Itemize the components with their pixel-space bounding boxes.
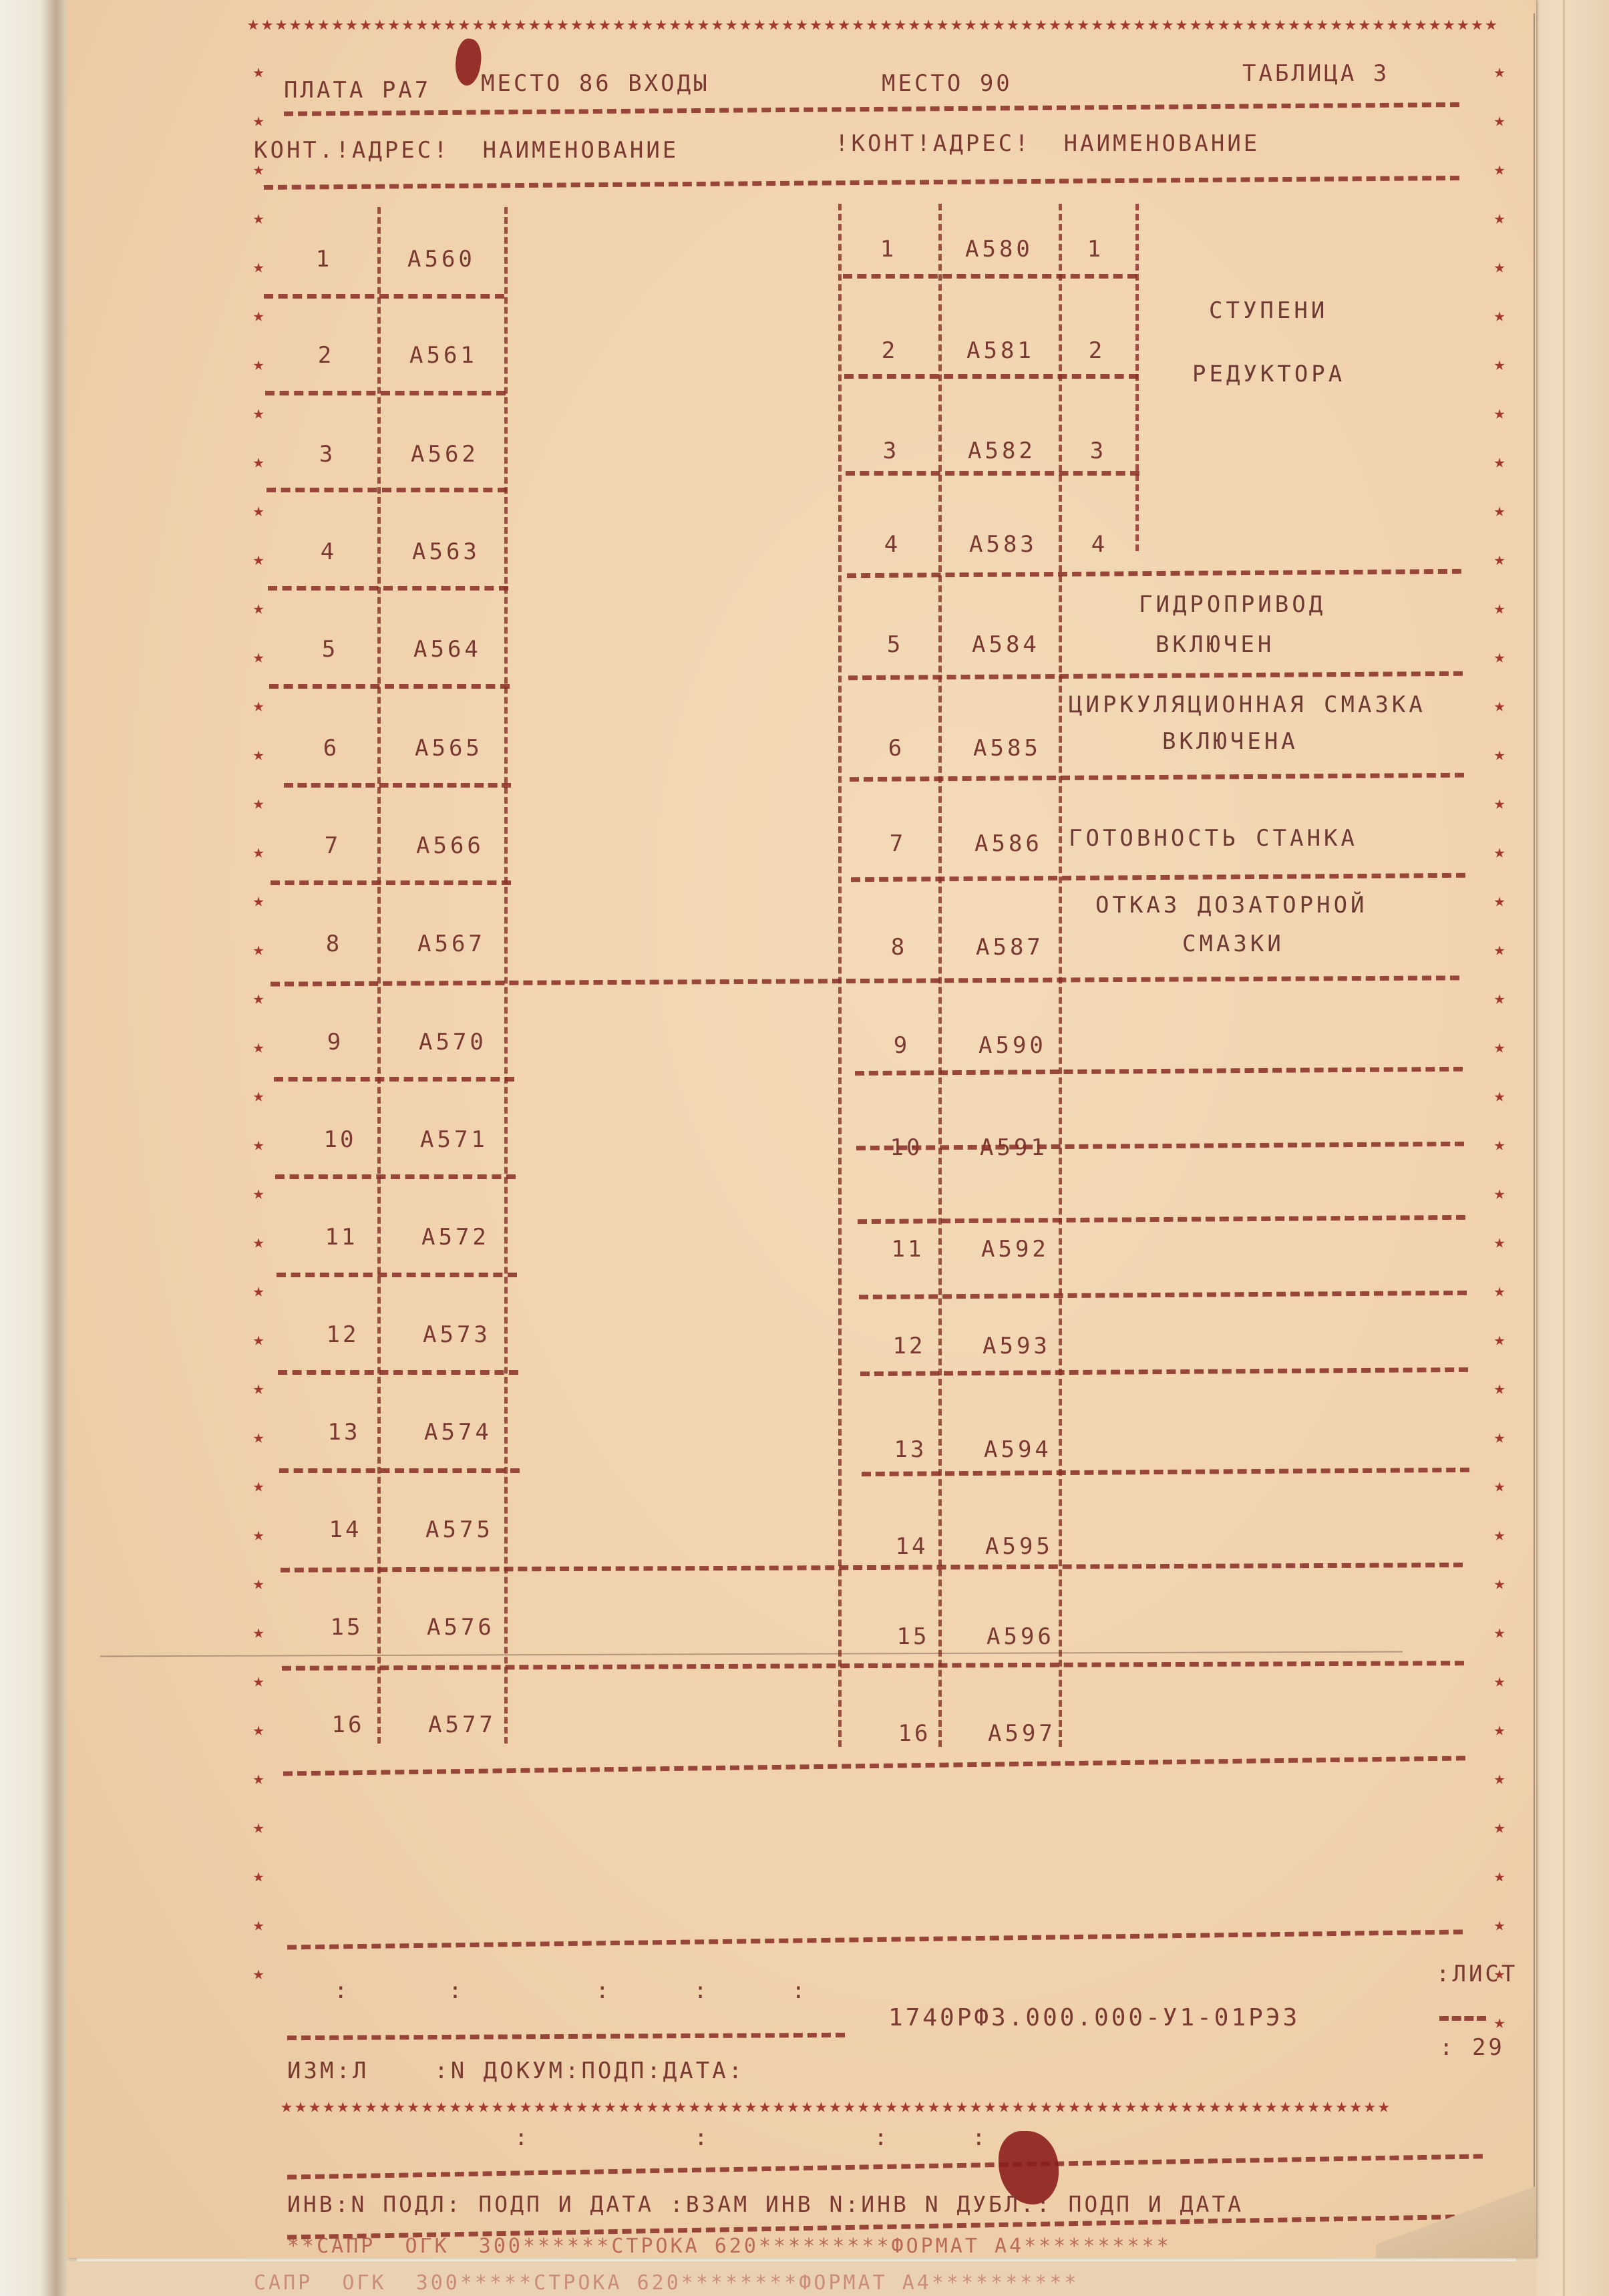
document-number: 1740РФ3.000.000-У1-01РЭ3 (888, 2004, 1300, 2031)
row-divider (266, 488, 507, 492)
gear-steps-label-line1: СТУПЕНИ (1209, 297, 1328, 324)
input-place-label: МЕСТО 86 ВХОДЫ (481, 70, 710, 97)
torn-corner (1376, 2184, 1536, 2258)
sheet-label-text: ЛИСТ (1452, 1961, 1517, 1987)
right-addr-header: АДРЕС (933, 130, 1015, 157)
right-col-addr-border (1059, 204, 1062, 1747)
row-divider (277, 1273, 517, 1277)
change-row-labels: ИЗМ:Л :N ДОКУМ:ПОДП:ДАТА: (287, 2058, 745, 2084)
sheet-number-text: 29 (1472, 2034, 1505, 2061)
row-divider (274, 1077, 514, 1082)
inventory-separators: : : : : (514, 2124, 989, 2151)
left-col-right-border (504, 207, 508, 1744)
sheet-divider (1439, 2016, 1486, 2021)
left-col-separator (377, 207, 381, 1744)
next-page-footer-line: САПР ОГК 300*****СТРОКА 620********ФОРМА… (254, 2271, 1079, 2295)
inventory-row-labels: ИНВ:N ПОДЛ: ПОДП И ДАТА :ВЗАМ ИНВ N:ИНВ … (287, 2191, 1244, 2217)
right-col-left-border (838, 204, 842, 1747)
right-name-header: НАИМЕНОВАНИЕ (1064, 130, 1260, 157)
left-addr-header: АДРЕС (352, 137, 433, 164)
right-cont-header: КОНТ (851, 130, 916, 157)
row-divider (844, 374, 1138, 379)
change-columns-separators: : : : : : (334, 1977, 808, 2004)
row-divider (269, 684, 510, 689)
row-divider (284, 783, 511, 788)
row-divider (846, 471, 1139, 476)
right-col-headers: !КОНТ!АДРЕС! НАИМЕНОВАНИЕ (835, 130, 1260, 157)
table-label: ТАБЛИЦА 3 (1242, 60, 1389, 87)
row-divider (271, 880, 511, 885)
row-divider (275, 1174, 516, 1179)
left-star-border: ★★★★★★★★★★★★★★★★★★★★★★★★★★★★★★★★★★★★★★★★ (248, 47, 269, 2037)
row-divider (279, 1468, 520, 1473)
footer-format-line: **САПР ОГК 300******СТРОКА 620*********Ф… (287, 2235, 1172, 2258)
left-cont-header: КОНТ. (254, 137, 335, 164)
row-divider (278, 1370, 518, 1375)
row-divider (265, 391, 506, 395)
right-star-border: ★★★★★★★★★★★★★★★★★★★★★★★★★★★★★★★★★★★★★★★★… (1489, 47, 1509, 2064)
left-name-header: НАИМЕНОВАНИЕ (483, 137, 679, 164)
right-col-separator (938, 204, 942, 1747)
board-label: ПЛАТА РА7 (284, 77, 431, 104)
sheet-label: :ЛИСТ (1436, 1961, 1517, 1987)
gear-steps-label-line2: РЕДУКТОРА (1192, 361, 1345, 387)
page-edge (1534, 13, 1535, 2245)
sheet-number: : 29 (1439, 2034, 1505, 2061)
printout-page (67, 0, 1536, 2258)
underlying-page-edge (1563, 0, 1565, 2296)
binder-shadow (40, 0, 67, 2296)
row-divider (843, 274, 1137, 279)
row-divider (268, 586, 508, 591)
top-star-border: ★★★★★★★★★★★★★★★★★★★★★★★★★★★★★★★★★★★★★★★★… (247, 12, 1536, 35)
output-place-label: МЕСТО 90 (882, 70, 1013, 97)
row-divider (264, 294, 504, 299)
title-block-star-divider: ★★★★★★★★★★★★★★★★★★★★★★★★★★★★★★★★★★★★★★★★… (281, 2094, 1489, 2118)
left-col-headers: КОНТ.!АДРЕС! НАИМЕНОВАНИЕ (254, 137, 679, 164)
